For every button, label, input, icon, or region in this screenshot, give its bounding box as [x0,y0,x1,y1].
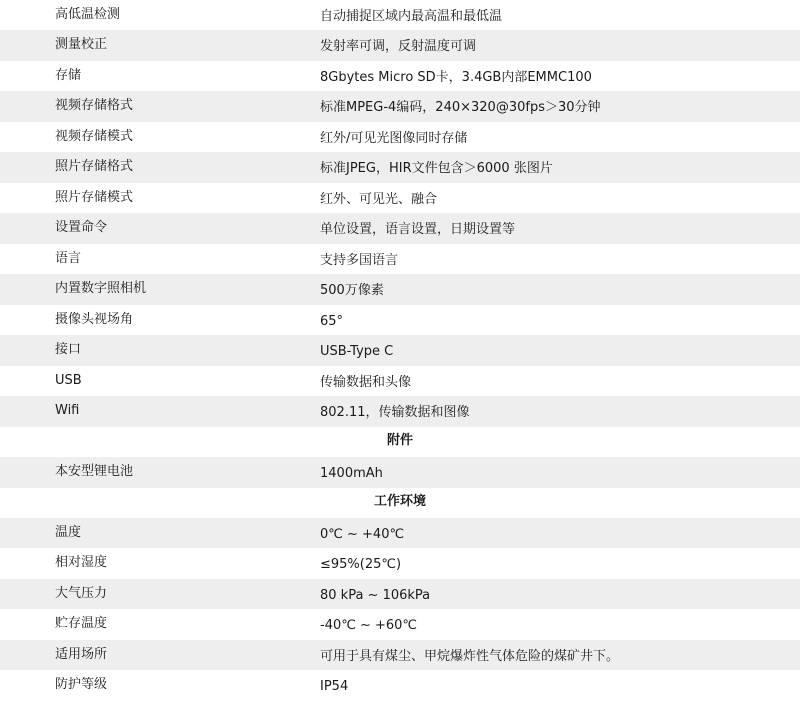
spec-row-language: 语言 支持多国语言 [0,244,800,274]
spec-table: 高低温检测 自动捕捉区域内最高温和最低温 测量校正 发射率可调，反射温度可调 存… [0,0,800,701]
spec-row-storage: 存储 8Gbytes Micro SD卡，3.4GB内部EMMC100 [0,61,800,91]
spec-value: 802.11，传输数据和图像 [320,405,470,421]
spec-value: 500万像素 [320,283,384,299]
spec-label: 测量校正 [55,37,107,53]
spec-row-storage-temperature: 贮存温度 -40℃ ~ +60℃ [0,609,800,639]
spec-value: 80 kPa ~ 106kPa [320,588,430,604]
spec-label: USB [55,373,82,389]
spec-row-video-mode: 视频存储模式 红外/可见光图像同时存储 [0,122,800,152]
spec-row-wifi: Wifi 802.11，传输数据和图像 [0,396,800,426]
spec-label: 相对湿度 [55,555,107,571]
spec-label: 视频存储模式 [55,129,133,145]
spec-row-settings: 设置命令 单位设置，语言设置，日期设置等 [0,213,800,243]
spec-row-humidity: 相对湿度 ≤95%(25℃) [0,548,800,578]
spec-label: 视频存储格式 [55,98,133,114]
spec-value: 红外/可见光图像同时存储 [320,131,467,147]
spec-value: 8Gbytes Micro SD卡，3.4GB内部EMMC100 [320,70,592,86]
spec-row-digital-camera: 内置数字照相机 500万像素 [0,274,800,304]
spec-label: 摄像头视场角 [55,312,133,328]
section-title: 附件 [0,433,800,449]
spec-row-interface: 接口 USB-Type C [0,335,800,365]
spec-value: 支持多国语言 [320,253,398,269]
spec-row-pressure: 大气压力 80 kPa ~ 106kPa [0,579,800,609]
spec-row-protection-rating: 防护等级 IP54 [0,670,800,700]
spec-row-camera-fov: 摄像头视场角 65° [0,305,800,335]
spec-label: 接口 [55,342,81,358]
spec-label: 照片存储模式 [55,190,133,206]
section-header-accessories: 附件 [0,427,800,457]
spec-row-battery: 本安型锂电池 1400mAh [0,457,800,487]
spec-label: 温度 [55,525,81,541]
spec-row-temperature: 温度 0℃ ~ +40℃ [0,518,800,548]
spec-row-photo-mode: 照片存储模式 红外、可见光、融合 [0,183,800,213]
spec-row-application: 适用场所 可用于具有煤尘、甲烷爆炸性气体危险的煤矿井下。 [0,640,800,670]
spec-value: 标准MPEG-4编码，240×320@30fps＞30分钟 [320,100,601,116]
spec-label: 存储 [55,68,81,84]
section-header-environment: 工作环境 [0,488,800,518]
spec-value: USB-Type C [320,344,393,360]
spec-value: 发射率可调，反射温度可调 [320,39,476,55]
spec-label: 适用场所 [55,647,107,663]
spec-label: 语言 [55,251,81,267]
spec-value: IP54 [320,679,348,695]
spec-value: 1400mAh [320,466,383,482]
spec-row-photo-format: 照片存储格式 标准JPEG，HIR文件包含＞6000 张图片 [0,152,800,182]
spec-label: 内置数字照相机 [55,281,146,297]
spec-value: 传输数据和头像 [320,375,411,391]
spec-value: 单位设置，语言设置，日期设置等 [320,222,515,238]
spec-value: 可用于具有煤尘、甲烷爆炸性气体危险的煤矿井下。 [320,649,619,665]
spec-value: 0℃ ~ +40℃ [320,527,404,543]
spec-value: ≤95%(25℃) [320,557,401,573]
spec-label: 本安型锂电池 [55,464,133,480]
spec-label: Wifi [55,403,79,419]
spec-value: 标准JPEG，HIR文件包含＞6000 张图片 [320,161,553,177]
spec-value: 红外、可见光、融合 [320,192,437,208]
spec-value: -40℃ ~ +60℃ [320,618,417,634]
spec-row-video-format: 视频存储格式 标准MPEG-4编码，240×320@30fps＞30分钟 [0,91,800,121]
spec-row-high-low-temp-detection: 高低温检测 自动捕捉区域内最高温和最低温 [0,0,800,30]
spec-label: 高低温检测 [55,7,120,23]
spec-value: 自动捕捉区域内最高温和最低温 [320,9,502,25]
spec-label: 大气压力 [55,586,107,602]
spec-row-usb: USB 传输数据和头像 [0,366,800,396]
spec-value: 65° [320,314,343,330]
spec-label: 贮存温度 [55,616,107,632]
spec-row-measurement-calibration: 测量校正 发射率可调，反射温度可调 [0,30,800,60]
section-title: 工作环境 [0,494,800,510]
spec-label: 照片存储格式 [55,159,133,175]
spec-label: 设置命令 [55,220,107,236]
spec-label: 防护等级 [55,677,107,693]
